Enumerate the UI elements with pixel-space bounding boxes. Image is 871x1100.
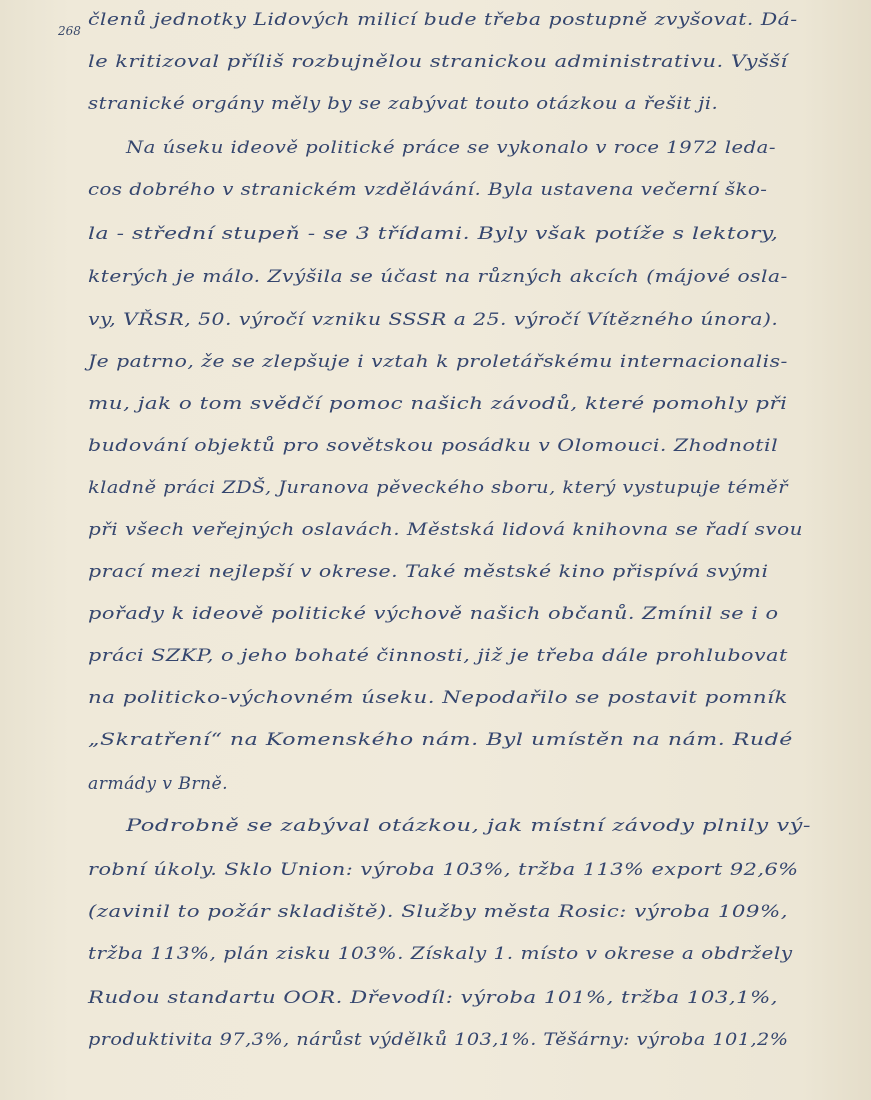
text-line: „Skratření“ na Komenského nám. Byl umíst… bbox=[88, 730, 793, 750]
text-line: mu, jak o tom svědčí pomoc našich závodů… bbox=[88, 394, 788, 414]
text-line: kterých je málo. Zvýšila se účast na růz… bbox=[88, 267, 788, 287]
text-line: budování objektů pro sovětskou posádku v… bbox=[88, 436, 778, 456]
text-line: Podrobně se zabýval otázkou, jak místní … bbox=[126, 816, 811, 836]
text-line: kladně práci ZDŠ, Juranova pěveckého sbo… bbox=[88, 478, 788, 498]
text-line: na politicko-výchovném úseku. Nepodařilo… bbox=[88, 688, 788, 708]
text-line: Na úseku ideově politické práce se vykon… bbox=[126, 138, 776, 158]
text-line: prací mezi nejlepší v okrese. Také městs… bbox=[88, 562, 769, 582]
text-line: (zavinil to požár skladiště). Služby měs… bbox=[88, 902, 788, 922]
page-number: 268 bbox=[58, 24, 81, 38]
text-line: armády v Brně. bbox=[88, 774, 228, 794]
text-line: při všech veřejných oslavách. Městská li… bbox=[88, 520, 803, 540]
text-line: la - střední stupeň - se 3 třídami. Byly… bbox=[88, 224, 778, 244]
text-line: le kritizoval příliš rozbujnělou stranic… bbox=[88, 52, 788, 72]
text-line: vy, VŘSR, 50. výročí vzniku SSSR a 25. v… bbox=[88, 310, 778, 330]
text-line: robní úkoly. Sklo Union: výroba 103%, tr… bbox=[88, 860, 799, 880]
text-line: Je patrno, že se zlepšuje i vztah k prol… bbox=[88, 352, 788, 372]
text-line: stranické orgány měly by se zabývat tout… bbox=[88, 94, 718, 114]
text-line: práci SZKP, o jeho bohaté činnosti, již … bbox=[88, 646, 788, 666]
text-line: Rudou standartu OOR. Dřevodíl: výroba 10… bbox=[88, 988, 778, 1008]
text-line: pořady k ideově politické výchově našich… bbox=[88, 604, 779, 624]
text-line: členů jednotky Lidových milicí bude třeb… bbox=[88, 10, 798, 30]
text-line: tržba 113%, plán zisku 103%. Získaly 1. … bbox=[88, 944, 793, 964]
text-line: produktivita 97,3%, nárůst výdělků 103,1… bbox=[88, 1030, 788, 1050]
manuscript-page: 268 členů jednotky Lidových milicí bude … bbox=[0, 0, 871, 1100]
text-line: cos dobrého v stranickém vzdělávání. Byl… bbox=[88, 180, 767, 200]
